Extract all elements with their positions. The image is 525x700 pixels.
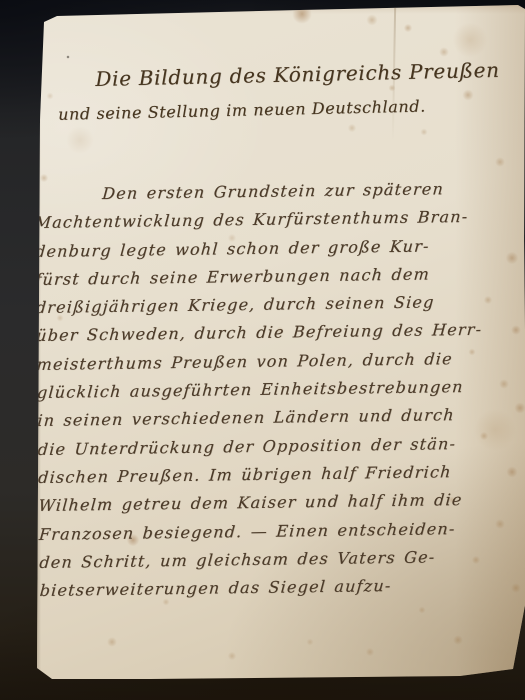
title-line-2: und seine Stellung im neuen Deutschland. bbox=[58, 95, 501, 124]
body-line-15: bietserweiterungen das Siegel aufzu- bbox=[39, 571, 511, 606]
manuscript-title: Die Bildung des Königreichs Preußen und … bbox=[95, 55, 501, 123]
title-line-1: Die Bildung des Königreichs Preußen bbox=[95, 55, 500, 94]
photograph-of-manuscript: Die Bildung des Königreichs Preußen und … bbox=[0, 0, 525, 700]
manuscript-page: Die Bildung des Königreichs Preußen und … bbox=[0, 0, 525, 700]
manuscript-body: Den ersten Grundstein zur späteren Macht… bbox=[34, 174, 510, 605]
